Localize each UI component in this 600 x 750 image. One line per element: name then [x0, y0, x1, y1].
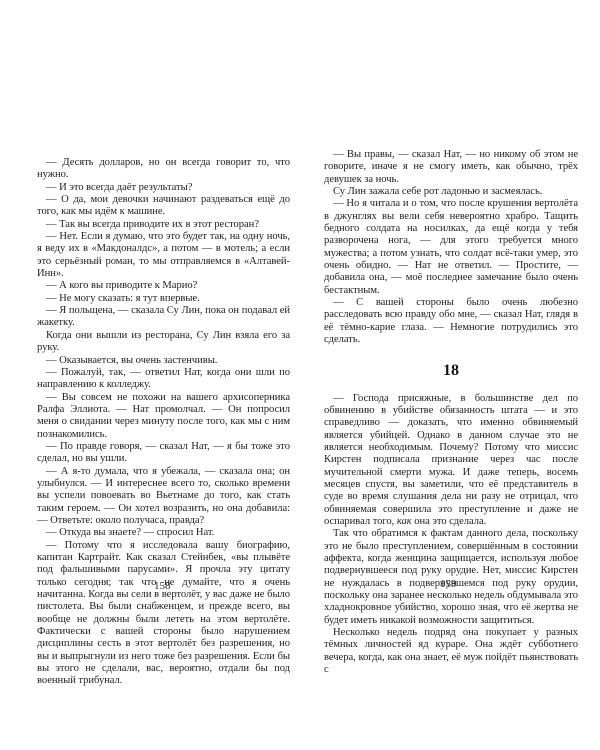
paragraph: — Откуда вы знаете? — спросил Нат. — [37, 527, 290, 539]
paragraph: — Не могу сказать: я тут впервые. — [37, 293, 290, 305]
paragraph: — А я-то думала, что я убежала, — сказал… — [37, 466, 290, 528]
paragraph: — Но я читала и о том, что после крушени… — [324, 198, 578, 297]
paragraph: — Я польщена, — сказала Су Лин, пока он … — [37, 305, 290, 330]
paragraph: — И это всегда даёт результаты? — [37, 182, 290, 194]
paragraph: — О да, мои девочки начинают раздеваться… — [37, 194, 290, 219]
page-number-left: 158 — [154, 580, 171, 592]
paragraph: — С вашей стороны было очень любезно рас… — [324, 297, 578, 346]
paragraph: — Десять долларов, но он всегда говорит … — [37, 157, 290, 182]
right-page: — Вы правы, — сказал Нат, — но никому об… — [324, 149, 578, 676]
paragraph: — Господа присяжные, в большинстве дел п… — [324, 393, 578, 529]
paragraph: — Вы совсем не похожи на вашего архисопе… — [37, 392, 290, 441]
paragraph: — Оказывается, вы очень застенчивы. — [37, 355, 290, 367]
paragraph: Когда они вышли из ресторана, Су Лин взя… — [37, 330, 290, 355]
book-spread: — Десять долларов, но он всегда говорит … — [0, 0, 600, 750]
paragraph: — Так вы всегда приводите их в этот рест… — [37, 219, 290, 231]
paragraph-text-end: она это сделала. — [412, 516, 487, 527]
paragraph: — Вы правы, — сказал Нат, — но никому об… — [324, 149, 578, 186]
paragraph: — Нет. Если я думаю, что это будет так, … — [37, 231, 290, 280]
italic-emphasis: как — [397, 516, 412, 527]
paragraph: — Пожалуй, так, — ответил Нат, когда они… — [37, 367, 290, 392]
chapter-heading: 18 — [324, 362, 578, 380]
page-number-right: 159 — [440, 578, 457, 590]
page-shadow — [0, 140, 40, 600]
paragraph: Су Лин зажала себе рот ладонью и засмеял… — [324, 186, 578, 198]
paragraph-text: — Господа присяжные, в большинстве дел п… — [324, 393, 578, 527]
paragraph: — А кого вы приводите к Марио? — [37, 280, 290, 292]
paragraph: Несколько недель подряд она покупает у р… — [324, 627, 578, 676]
paragraph: — По правде говоря, — сказал Нат, — я бы… — [37, 441, 290, 466]
left-page: — Десять долларов, но он всегда говорит … — [37, 157, 290, 688]
paragraph: — Потому что я исследовала вашу биографи… — [37, 540, 290, 688]
